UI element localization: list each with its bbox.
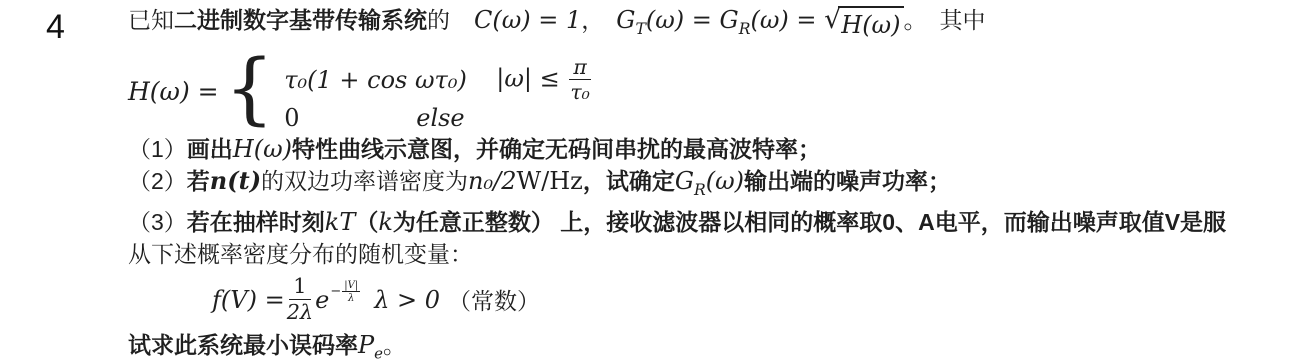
intro-tail: 其中 xyxy=(940,7,986,33)
gt-subscript: T xyxy=(635,20,645,38)
fraction-numerator: π xyxy=(569,56,590,80)
closing-pre: 试求此系统最小误码率 xyxy=(128,332,358,358)
formula-gt-gr: GT(ω) = GR(ω) = √H(ω)。 xyxy=(616,6,927,34)
closing-line: 试求此系统最小误码率Pe。 xyxy=(128,329,1288,363)
closing-period: 。 xyxy=(383,332,406,358)
gr-subscript: R xyxy=(739,20,751,38)
hw-lhs: H(ω) = xyxy=(128,77,219,106)
problem-number: 4 xyxy=(46,8,65,47)
q3-kt: kT xyxy=(325,208,356,236)
problem-page: 4 已知二进制数字基带传输系统的C(ω) = 1，GT(ω) = GR(ω) =… xyxy=(0,0,1313,363)
intro-period: 。 xyxy=(904,6,928,34)
fv-frac-numerator: 1 xyxy=(289,275,310,300)
fv-exp-minus: − xyxy=(330,284,341,299)
q3-pre: 若在抽样时刻 xyxy=(187,209,325,235)
intro-bold-term: 二进制数字基带传输系统 xyxy=(174,7,427,33)
sqrt-expression: √H(ω) xyxy=(824,6,903,41)
pi-over-tau0-fraction: πτ₀ xyxy=(569,56,590,104)
fv-frac-denominator: 2λ xyxy=(287,300,313,324)
hw-case1-cond-pre: |ω| ≤ xyxy=(496,64,567,92)
q2-pre: 若 xyxy=(187,168,210,194)
q1-h-omega: H(ω) xyxy=(233,135,292,163)
q2-mid2: ，试确定 xyxy=(583,168,675,194)
q1-rest: 特性曲线示意图，并确定无码间串扰的最高波特率； xyxy=(292,136,821,162)
fv-lhs: f(V) = xyxy=(212,286,285,314)
q2-unit: W/Hz xyxy=(516,167,582,195)
hw-case1-expression: τ₀(1 + cos ωτ₀) xyxy=(284,66,496,94)
q2-gr-rest: (ω) xyxy=(706,167,744,195)
formula-c-omega: C(ω) = 1 xyxy=(474,6,581,34)
gt-base: G xyxy=(616,6,635,34)
sqrt-content: H(ω) xyxy=(838,6,903,41)
fv-lambda-condition: λ > 0 xyxy=(374,286,440,314)
gt-rest: (ω) = xyxy=(646,6,720,34)
q2-number: （2） xyxy=(128,168,187,194)
fv-constant-note: （常数） xyxy=(448,283,540,316)
hw-case-2: 0 else xyxy=(284,104,593,132)
fv-exp-base: e xyxy=(315,286,329,314)
q3-number: （3） xyxy=(128,209,187,235)
intro-line: 已知二进制数字基带传输系统的C(ω) = 1，GT(ω) = GR(ω) = √… xyxy=(128,4,1288,45)
q2-mid1: 的双边功率谱密度为 xyxy=(261,169,468,194)
question-3-wrap: 从下述概率密度分布的随机变量： xyxy=(128,238,1288,271)
fv-exp-denominator: λ xyxy=(348,292,354,304)
q2-gr-omega: GR(ω) xyxy=(675,167,744,195)
fv-coefficient-fraction: 12λ xyxy=(287,275,313,324)
problem-content: 已知二进制数字基带传输系统的C(ω) = 1，GT(ω) = GR(ω) = √… xyxy=(128,4,1288,363)
question-3: （3）若在抽样时刻kT（k为任意正整数） 上，接收滤波器以相同的概率取0、A电平… xyxy=(128,206,1288,238)
hw-case-1: τ₀(1 + cos ωτ₀) |ω| ≤ πτ₀ xyxy=(284,56,593,104)
question-2: （2）若n(t)的双边功率谱密度为n₀/2W/Hz，试确定GR(ω)输出端的噪声… xyxy=(128,165,1288,206)
intro-post: 的 xyxy=(427,7,450,33)
fv-exp-numerator: |V| xyxy=(342,280,360,292)
q3-mid: 为任意正整数） 上，接收滤波器以相同的概率取0、A电平，而输出噪声取值V是服 xyxy=(393,209,1226,235)
q2-rest: 输出端的噪声功率； xyxy=(744,168,951,194)
fv-exp-fraction: |V|λ xyxy=(342,280,360,304)
hw-case2-expression: 0 xyxy=(284,104,416,132)
q1-verb: 画出 xyxy=(187,136,233,162)
hw-piecewise-formula: H(ω) = { τ₀(1 + cos ωτ₀) |ω| ≤ πτ₀ 0 els… xyxy=(128,55,1288,129)
left-brace: { xyxy=(225,56,275,122)
pe-base: P xyxy=(358,331,374,359)
q1-number: （1） xyxy=(128,136,187,162)
hw-case2-condition: else xyxy=(416,104,464,132)
gr-rest: (ω) = xyxy=(750,6,824,34)
intro-comma: ， xyxy=(581,7,604,33)
q2-gr-base: G xyxy=(675,167,694,195)
fv-exponent: −|V|λ xyxy=(330,280,360,304)
q2-gr-subscript: R xyxy=(694,181,706,199)
fraction-denominator: τ₀ xyxy=(570,80,589,103)
fv-formula: f(V) = 12λ e−|V|λ λ > 0 （常数） xyxy=(212,275,1288,325)
hw-case1-condition: |ω| ≤ πτ₀ xyxy=(496,56,593,104)
q2-psd-value: n₀/2 xyxy=(468,167,516,195)
question-1: （1）画出H(ω)特性曲线示意图，并确定无码间串扰的最高波特率； xyxy=(128,133,1288,165)
hw-cases: τ₀(1 + cos ωτ₀) |ω| ≤ πτ₀ 0 else xyxy=(284,56,593,128)
pe-subscript: e xyxy=(374,344,383,362)
gr-base: G xyxy=(720,6,739,34)
q3-paren-open: （ xyxy=(355,209,378,235)
intro-pre: 已知 xyxy=(128,7,174,33)
q2-n-of-t: n(t) xyxy=(210,166,261,195)
q3-k: k xyxy=(378,208,393,236)
q3-wrap-text: 从下述概率密度分布的随机变量： xyxy=(128,242,473,267)
